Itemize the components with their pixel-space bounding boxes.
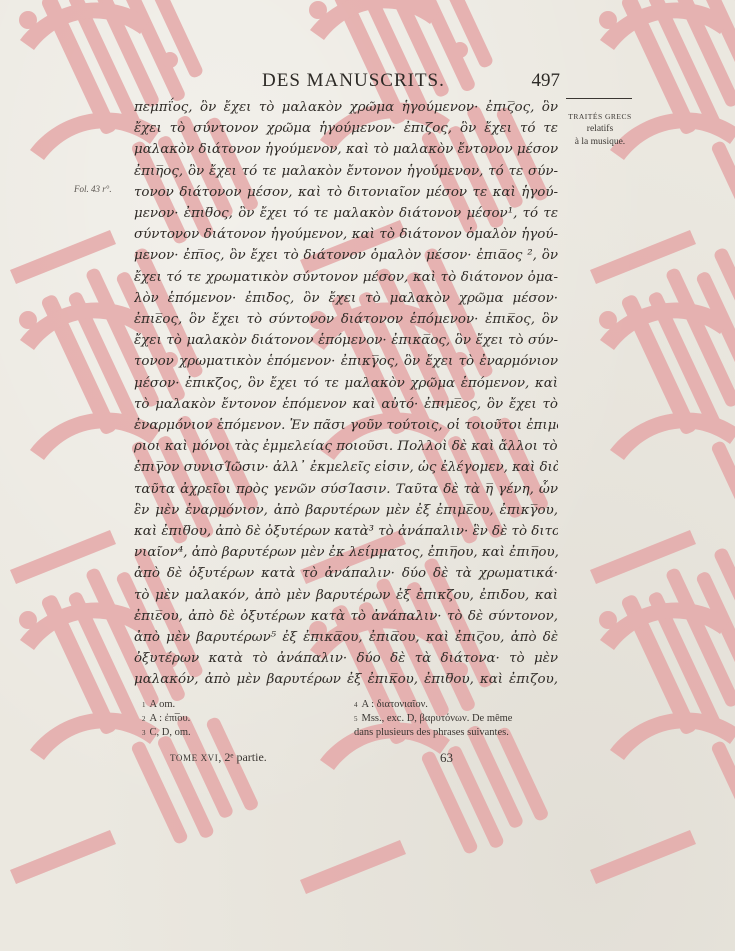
- body-line: ἀπὸ δὲ ὀξυτέρων κατὰ τὸ ἀνάπαλιν· δύο δὲ…: [134, 563, 558, 584]
- body-line: τονον χρωματικὸν ἑπόμενον· ἐπικγ̅ος, ὃν …: [134, 351, 558, 372]
- footnote-number: 3: [142, 729, 146, 737]
- footnote: dans plusieurs des phrases suivantes.: [354, 726, 554, 740]
- running-head: DES MANUSCRITS.: [262, 70, 540, 92]
- body-line: ἐπιε̅ος, ὃν ἔχει τὸ σύντονον διάτονον ἑπ…: [134, 309, 558, 330]
- folio-reference: Fol. 43 r°.: [74, 184, 112, 194]
- body-line: καὶ ἐπιθ̅ου, ἀπὸ δὲ ὀξυτέρων κατὰ³ τὸ ἀν…: [134, 521, 558, 542]
- greek-body-text: πεμπΐος, ὃν ἔχει τὸ μαλακὸν χρῶμα ἡγούμε…: [134, 97, 558, 691]
- body-line: τὸ μαλακὸν ἔντονον ἑπόμενον καὶ αὐτό· ἐπ…: [134, 394, 558, 415]
- margin-note-line: relatifs: [560, 123, 640, 136]
- body-line: μέσον· ἐπικζ̅ος, ὃν ἔχει τό τε μαλακὸν χ…: [134, 373, 558, 394]
- body-line: ἔχει τό τε χρωματικὸν σύντονον μέσον, κα…: [134, 267, 558, 288]
- footnote-number: 1: [142, 701, 146, 709]
- page-number: 497: [500, 70, 560, 92]
- signature-tome: TOME XVI: [170, 753, 218, 763]
- body-line: μενον· ἐπι̅ος, ὃν ἔχει τὸ διάτονον ὁμαλὸ…: [134, 245, 558, 266]
- body-line: ταῦτα ἀχρεῖοι πρὸς γενῶν σύσΊασιν. Ταῦτα…: [134, 479, 558, 500]
- body-line: μενον· ἐπιθ̅ος, ὃν ἔχει τό τε μαλακὸν δι…: [134, 203, 558, 224]
- footnote-number: 2: [142, 715, 146, 723]
- footnote-text: C, D, om.: [150, 727, 191, 738]
- footnote: 2A : ἐπι̅ου.: [142, 712, 342, 726]
- body-line: τὸ μὲν μαλακόν, ἀπὸ μὲν βαρυτέρων ἐξ ἐπι…: [134, 585, 558, 606]
- footnote-text: A om.: [150, 699, 176, 710]
- body-line: ριοι καὶ μόνοι τὰς ἐμμελείας ποιοῦσι. Πο…: [134, 436, 558, 457]
- signature-part: , 2ᵉ partie.: [218, 750, 266, 764]
- footnote: 3C, D, om.: [142, 726, 342, 740]
- body-line: πεμπΐος, ὃν ἔχει τὸ μαλακὸν χρῶμα ἡγούμε…: [134, 97, 558, 118]
- margin-note-title: TRAITÉS GRECS: [560, 110, 640, 123]
- margin-note-line: à la musique.: [560, 136, 640, 149]
- body-line: ἐπιε̅ου, ἀπὸ δὲ ὀξυτέρων κατὰ τὸ ἀνάπαλι…: [134, 606, 558, 627]
- footnote: 1A om.: [142, 698, 342, 712]
- body-line: μαλακόν, ἀπὸ μὲν βαρυτέρων ἐξ ἐπικ̅ου, ἐ…: [134, 669, 558, 690]
- body-line: ἐναρμόνιον ἑπόμενον. Ἐν πᾶσι γοῦν τούτοι…: [134, 415, 558, 436]
- footnotes-left-column: 1A om.2A : ἐπι̅ου.3C, D, om.: [142, 698, 342, 740]
- footnote-text: Mss., exc. D, βαρυτόνων. De même: [362, 713, 513, 724]
- body-line: ἀπὸ μὲν βαρυτέρων⁵ ἐξ ἐπικα̅ου, ἐπια̅ου,…: [134, 627, 558, 648]
- footnote: 5Mss., exc. D, βαρυτόνων. De même: [354, 712, 554, 726]
- body-line: ἐπιη̅ος, ὃν ἔχει τό τε μαλακὸν ἔντονον ἡ…: [134, 161, 558, 182]
- body-line: ἐπιγ̅ον συνισΊῶσιν· ἀλλ᾽ ἐκμελεῖς εἰσιν,…: [134, 457, 558, 478]
- footnote-text: dans plusieurs des phrases suivantes.: [354, 727, 509, 738]
- body-line: ἔχει τὸ μαλακὸν διάτονον ἑπόμενον· ἐπικα…: [134, 330, 558, 351]
- footnote-text: A : διατονιαῖον.: [362, 699, 428, 710]
- footnote: 4A : διατονιαῖον.: [354, 698, 554, 712]
- signature-line: TOME XVI, 2ᵉ partie.: [170, 750, 267, 765]
- sheet-number: 63: [440, 750, 453, 766]
- margin-rule: [566, 98, 632, 99]
- page: DES MANUSCRITS. 497 TRAITÉS GRECS relati…: [0, 0, 735, 951]
- body-line: ὀξυτέρων κατὰ τὸ ἀνάπαλιν· δύο δὲ τὰ διά…: [134, 648, 558, 669]
- body-line: μαλακὸν διάτονον ἡγούμενον, καὶ τὸ μαλακ…: [134, 139, 558, 160]
- margin-note: TRAITÉS GRECS relatifs à la musique.: [560, 110, 640, 149]
- body-line: ἓν μὲν ἐναρμόνιον, ἀπὸ βαρυτέρων μὲν ἐξ …: [134, 500, 558, 521]
- body-line: ἔχει τὸ σύντονον χρῶμα ἡγούμενον· ἐπιζ̅ο…: [134, 118, 558, 139]
- footnote-number: 4: [354, 701, 358, 709]
- footnote-number: 5: [354, 715, 358, 723]
- body-line: σύντονον διάτονον ἡγούμενον, καὶ τὸ διάτ…: [134, 224, 558, 245]
- footnote-text: A : ἐπι̅ου.: [150, 713, 191, 724]
- body-line: νιαῖον⁴, ἀπὸ βαρυτέρων μὲν ἐκ λείμματος,…: [134, 542, 558, 563]
- footnotes-right-column: 4A : διατονιαῖον.5Mss., exc. D, βαρυτόνω…: [354, 698, 554, 740]
- body-line: λὸν ἑπόμενον· ἐπιδ̅ος, ὃν ἔχει τὸ μαλακὸ…: [134, 288, 558, 309]
- body-line: τονον διάτονον μέσον, καὶ τὸ διτονιαῖον …: [134, 182, 558, 203]
